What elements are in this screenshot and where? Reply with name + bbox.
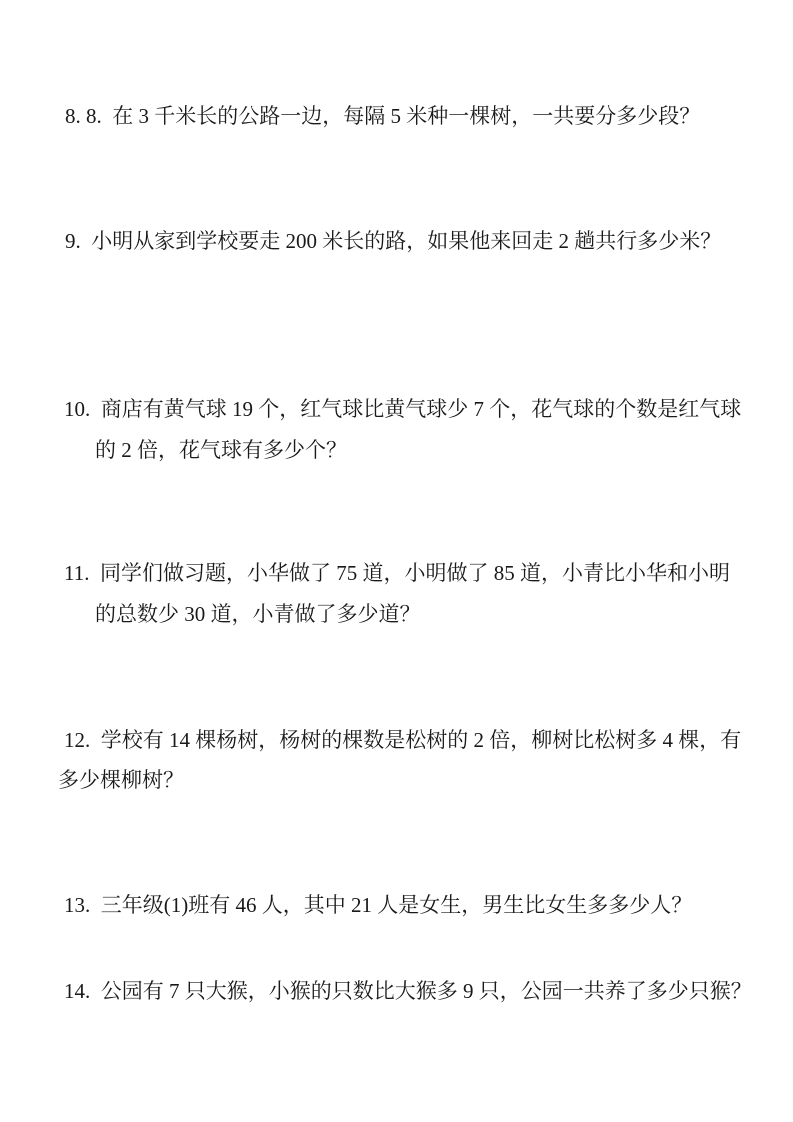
- question-11-line-1: 11. 同学们做习题，小华做了 75 道，小明做了 85 道，小青比小华和小明: [64, 563, 730, 584]
- question-9-line-1: 9. 小明从家到学校要走 200 米长的路，如果他来回走 2 趟共行多少米？: [65, 231, 721, 252]
- question-10-line-1: 10. 商店有黄气球 19 个，红气球比黄气球少 7 个，花气球的个数是红气球: [64, 399, 741, 420]
- question-12-line-1: 12. 学校有 14 棵杨树，杨树的棵数是松树的 2 倍，柳树比松树多 4 棵，…: [64, 730, 741, 751]
- question-10-line-2: 的 2 倍，花气球有多少个？: [95, 440, 347, 461]
- question-11-line-2: 的总数少 30 道，小青做了多少道？: [95, 604, 421, 625]
- question-13-line-1: 13. 三年级(1)班有 46 人，其中 21 人是女生，男生比女生多多少人？: [64, 895, 692, 916]
- question-8-line-1: 8. 8. 在 3 千米长的公路一边，每隔 5 米种一棵树，一共要分多少段？: [65, 106, 700, 127]
- document-page: 8. 8. 在 3 千米长的公路一边，每隔 5 米种一棵树，一共要分多少段？ 9…: [0, 0, 793, 1122]
- question-12-line-2: 多少棵柳树？: [58, 770, 184, 791]
- question-14-line-1: 14. 公园有 7 只大猴，小猴的只数比大猴多 9 只，公园一共养了多少只猴？: [64, 981, 752, 1002]
